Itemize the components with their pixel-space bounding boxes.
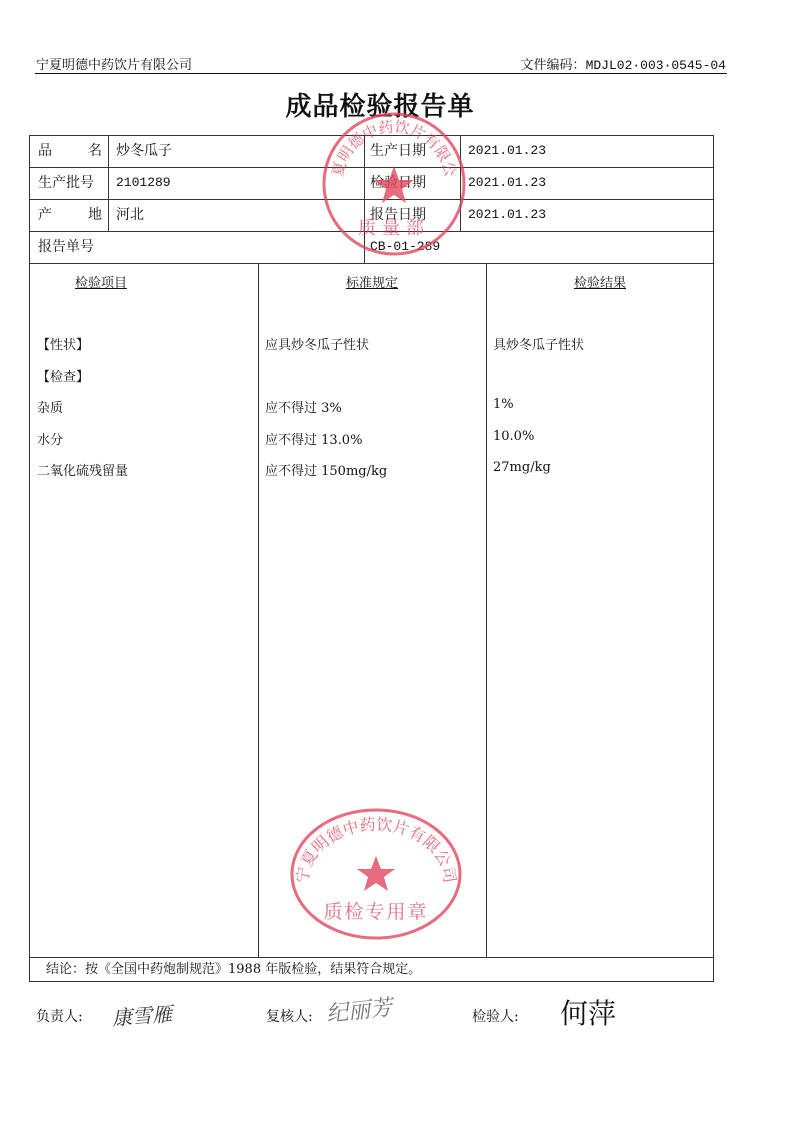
- detail-standard: 应具炒冬瓜子性状: [265, 334, 369, 353]
- header-divider: [35, 73, 727, 74]
- report-no-label: 报告单号: [38, 231, 94, 263]
- batch-value: 2101289: [116, 167, 171, 199]
- file-code-label: 文件编码：: [521, 58, 586, 73]
- inspection-date-value: 2021.01.23: [468, 167, 546, 199]
- inspector-signature: 何萍: [560, 992, 616, 1032]
- row-divider: [29, 263, 714, 264]
- report-date-value: 2021.01.23: [468, 199, 546, 231]
- label-char: 名: [88, 135, 102, 167]
- detail-standard: 应不得过 13.0%: [265, 429, 362, 448]
- col-divider: [460, 135, 461, 231]
- col-divider: [108, 135, 109, 231]
- responsible-signature: 康雪雁: [111, 998, 173, 1031]
- detail-standard: 应不得过 150mg/kg: [265, 460, 387, 479]
- detail-result: 27mg/kg: [493, 460, 551, 475]
- production-date-label: 生产日期: [370, 135, 426, 167]
- col-header-result: 检验结果: [486, 272, 714, 291]
- detail-item: 【检查】: [37, 366, 89, 385]
- origin-label: 产地: [38, 199, 102, 231]
- col-header-standard: 标准规定: [258, 272, 486, 291]
- file-code-value: MDJL02·003·0545-04: [586, 58, 726, 73]
- product-name-label: 品名: [38, 135, 102, 167]
- origin-value: 河北: [116, 199, 144, 231]
- report-no-value: CB-01-289: [370, 231, 440, 263]
- detail-standard: 应不得过 3%: [265, 397, 342, 416]
- conclusion: 结论：按《全国中药炮制规范》1988 年版检验，结果符合规定。: [46, 957, 421, 983]
- detail-result: 10.0%: [493, 429, 534, 444]
- detail-item: 【性状】: [37, 334, 89, 353]
- label-char: 品: [38, 135, 52, 167]
- production-date-value: 2021.01.23: [468, 135, 546, 167]
- responsible-label: 负责人:: [36, 1006, 83, 1026]
- col-divider: [258, 263, 259, 957]
- inspector-label: 检验人:: [472, 1006, 519, 1026]
- batch-label: 生产批号: [38, 167, 94, 199]
- file-code: 文件编码：MDJL02·003·0545-04: [521, 54, 726, 73]
- product-name: 炒冬瓜子: [116, 135, 172, 167]
- col-header-item: 检验项目: [29, 272, 173, 291]
- reviewer-label: 复核人:: [266, 1006, 313, 1026]
- detail-item: 杂质: [37, 397, 63, 416]
- col-divider: [486, 263, 487, 957]
- inspection-date-label: 检验日期: [370, 167, 426, 199]
- col-divider: [364, 135, 365, 263]
- page-title: 成品检验报告单: [0, 86, 760, 123]
- label-char: 产: [38, 199, 52, 231]
- report-date-label: 报告日期: [370, 199, 426, 231]
- detail-item: 二氧化硫残留量: [37, 460, 128, 479]
- detail-result: 1%: [493, 397, 514, 412]
- detail-result: 具炒冬瓜子性状: [493, 334, 584, 353]
- reviewer-signature: 纪丽芳: [325, 991, 394, 1029]
- detail-item: 水分: [37, 429, 63, 448]
- company-name: 宁夏明德中药饮片有限公司: [36, 54, 192, 73]
- label-char: 地: [88, 199, 102, 231]
